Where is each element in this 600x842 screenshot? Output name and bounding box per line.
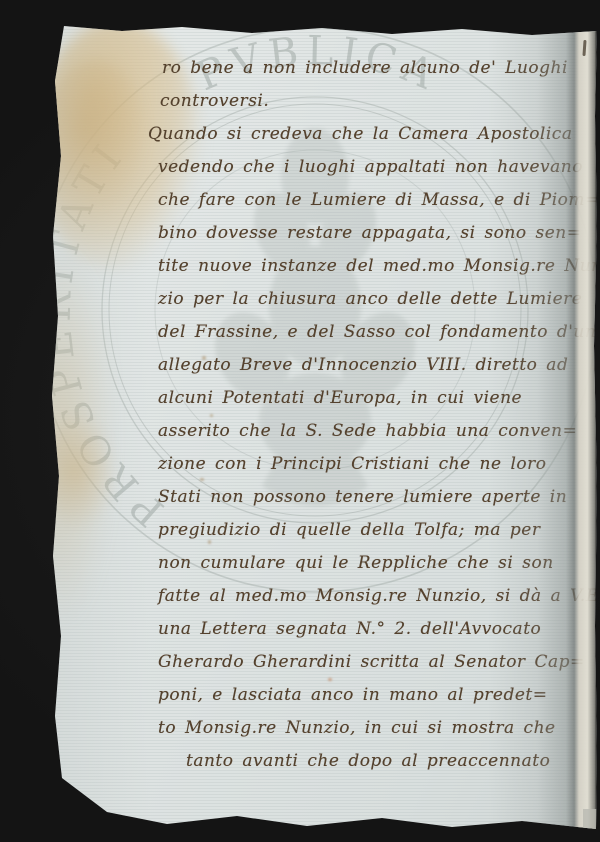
watermark-text-lower: PROSPERITATI [52, 132, 173, 535]
manuscript-line-11: alcuni Potentati d'Europa, in cui viene [158, 382, 588, 415]
manuscript-line-17: fatte al med.mo Monsig.re Nunzio, si dà … [158, 580, 588, 613]
manuscript-line-21: to Monsig.re Nunzio, in cui si mostra ch… [158, 712, 588, 745]
foxing-stain-mid-left [46, 411, 118, 531]
scan-background: PROSPERITATI PVBLICA [0, 0, 600, 842]
manuscript-line-5: che fare con le Lumiere di Massa, e di P… [158, 184, 588, 217]
manuscript-line-7: tite nuove instanze del med.mo Monsig.re… [158, 250, 588, 283]
manuscript-line-9: del Frassine, e del Sasso col fondamento… [158, 316, 588, 349]
manuscript-line-10: allegato Breve d'Innocenzio VIII. dirett… [158, 349, 588, 382]
foxing-stain-top-left-core [40, 60, 150, 230]
manuscript-line-15: pregiudizio di quelle della Tolfa; ma pe… [158, 514, 588, 547]
paper-sheet: PROSPERITATI PVBLICA [52, 26, 597, 829]
manuscript-line-3: Quando si credeva che la Camera Apostoli… [148, 118, 588, 151]
manuscript-text-block: ro bene a non includere alcuno de' Luogh… [158, 52, 588, 778]
manuscript-line-6: bino dovesse restare appagata, si sono s… [158, 217, 588, 250]
manuscript-line-16: non cumulare qui le Reppliche che si son [158, 547, 588, 580]
manuscript-line-19: Gherardo Gherardini scritta al Senator C… [158, 646, 588, 679]
manuscript-line-8: zio per la chiusura anco delle dette Lum… [158, 283, 588, 316]
manuscript-line-2: controversi. [160, 85, 588, 118]
next-page-edge [583, 809, 597, 829]
manuscript-line-20: poni, e lasciata anco in mano al predet= [158, 679, 588, 712]
manuscript-line-1: ro bene a non includere alcuno de' Luogh… [162, 52, 588, 85]
manuscript-line-14: Stati non possono tenere lumiere aperte … [158, 481, 588, 514]
manuscript-line-22: tanto avanti che dopo al preaccennato [186, 745, 588, 778]
manuscript-line-18: una Lettera segnata N.° 2. dell'Avvocato [158, 613, 588, 646]
manuscript-line-12: asserito che la S. Sede habbia una conve… [158, 415, 588, 448]
manuscript-line-4: vedendo che i luoghi appaltati non havev… [158, 151, 588, 184]
foxing-stain-left-edge [34, 246, 112, 626]
manuscript-line-13: zione con i Principi Cristiani che ne lo… [158, 448, 588, 481]
